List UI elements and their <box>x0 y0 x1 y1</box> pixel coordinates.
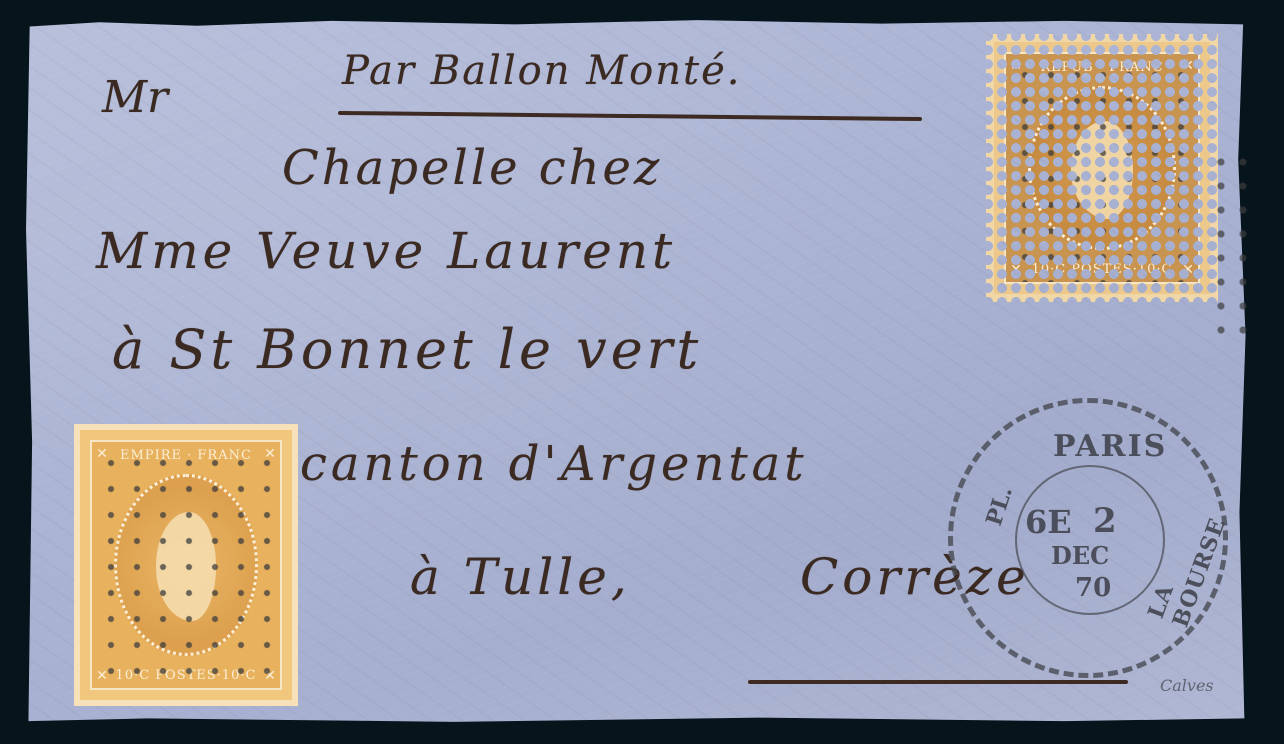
stamp-bottom-text: 10·C POSTES·10·C <box>92 664 280 686</box>
address-line-care-of: Mme Veuve Laurent <box>96 222 676 280</box>
corner-cross-icon: ✕ <box>92 444 112 464</box>
corner-cross-icon: ✕ <box>1178 56 1198 76</box>
paris-postmark: PARIS PL. LA BOURSE 6E 2 DEC 70 <box>948 398 1228 678</box>
postmark-year: 70 <box>1075 573 1111 603</box>
napoleon-medallion <box>114 474 258 656</box>
cancel-overflow-dots <box>1210 150 1254 340</box>
stamp-frame: EMPIRE · FRANC ✕ ✕ ✕ ✕ 10·C POSTES·10·C <box>90 440 282 690</box>
stamp-top-text: REPUB · FRANC <box>1006 56 1198 78</box>
ceres-medallion <box>1028 86 1176 250</box>
stamp-bottom-text: 10·C POSTES·10·C <box>1006 258 1198 280</box>
postmark-month: DEC <box>1051 541 1109 570</box>
address-line-recipient: Chapelle chez <box>282 140 662 196</box>
ceres-portrait-icon <box>1071 121 1133 219</box>
napoleon-portrait-icon <box>156 512 217 621</box>
route-instruction: Par Ballon Monté. <box>342 48 741 94</box>
postmark-left-arc: PL. <box>981 483 1018 529</box>
address-underline <box>748 680 1128 684</box>
salutation: Mr <box>102 72 168 123</box>
postmark-hour: 6E <box>1025 503 1072 541</box>
postmark-city: PARIS <box>1053 429 1167 464</box>
corner-cross-icon: ✕ <box>1006 56 1026 76</box>
postmark-day: 2 <box>1093 501 1117 541</box>
address-line-city: à Tulle, <box>410 548 631 606</box>
stamp-top-text: EMPIRE · FRANC <box>92 444 280 466</box>
stamp-ceres-10c: REPUB · FRANC ✕ ✕ ✕ ✕ 10·C POSTES·10·C <box>986 34 1218 302</box>
address-line-town: à St Bonnet le vert <box>112 318 702 381</box>
corner-cross-icon: ✕ <box>260 444 280 464</box>
expert-signature-mark: Calves <box>1160 676 1214 695</box>
stamp-napoleon-10c: EMPIRE · FRANC ✕ ✕ ✕ ✕ 10·C POSTES·10·C <box>74 424 298 706</box>
stamp-frame: REPUB · FRANC ✕ ✕ ✕ ✕ 10·C POSTES·10·C <box>1004 52 1200 284</box>
address-line-canton: canton d'Argentat <box>300 436 808 492</box>
